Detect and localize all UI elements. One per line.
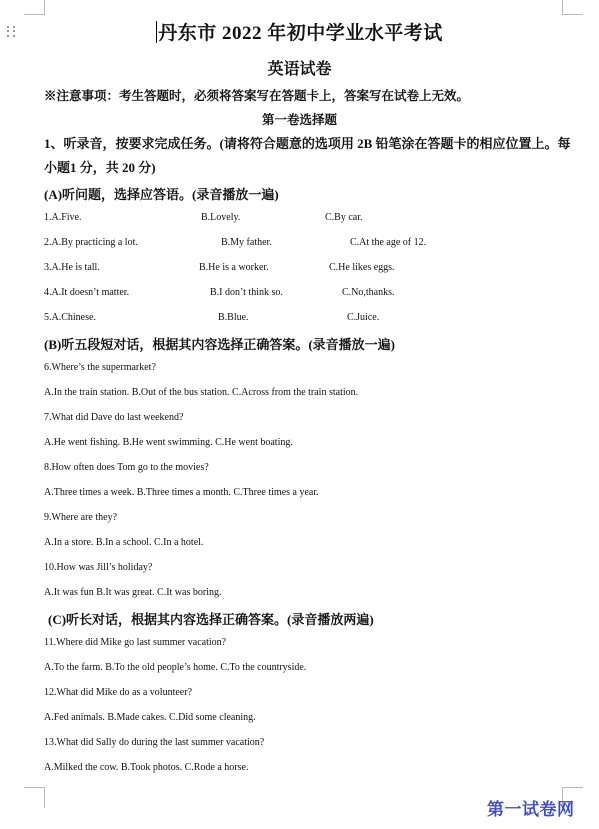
question-9: 9.Where are they? xyxy=(44,512,117,523)
question-7-options: A.He went fishing. B.He went swimming. C… xyxy=(44,437,293,448)
item-4-option-c: C.No,thanks. xyxy=(342,287,395,298)
question-6: 6.Where’s the supermarket? xyxy=(44,362,156,373)
item-1-option-a: 1.A.Five. xyxy=(44,212,82,223)
item-2-option-c: C.At the age of 12. xyxy=(350,237,426,248)
watermark-logo: 第一试卷网 xyxy=(487,795,575,820)
part-a-heading: (A)听问题，选择应答语。(录音播放一遍) xyxy=(44,184,279,203)
item-5-option-c: C.Juice. xyxy=(347,312,379,323)
item-5-option-a: 5.A.Chinese. xyxy=(44,312,96,323)
page-corner-mark-top-right xyxy=(562,0,583,15)
task-1-instructions: 1、听录音，按要求完成任务。(请将符合题意的选项用 2B 铅笔涂在答题卡的相应位… xyxy=(44,132,574,180)
question-13: 13.What did Sally do during the last sum… xyxy=(44,737,264,748)
question-10-options: A.It was fun B.It was great. C.It was bo… xyxy=(44,587,221,598)
item-2-option-a: 2.A.By practicing a lot. xyxy=(44,237,138,248)
question-12: 12.What did Mike do as a volunteer? xyxy=(44,687,192,698)
part-b-heading: (B)听五段短对话，根据其内容选择正确答案。(录音播放一遍) xyxy=(44,334,395,353)
question-8-options: A.Three times a week. B.Three times a mo… xyxy=(44,487,319,498)
document-title[interactable]: 丹东市 2022 年初中学业水平考试 xyxy=(0,18,599,45)
title-text: 丹东市 2022 年初中学业水平考试 xyxy=(158,23,443,44)
item-1-option-b: B.Lovely. xyxy=(201,212,240,223)
item-3-option-b: B.He is a worker. xyxy=(199,262,269,273)
item-5-option-b: B.Blue. xyxy=(218,312,249,323)
item-2-option-b: B.My father. xyxy=(221,237,272,248)
page-corner-mark-top-left xyxy=(24,0,45,15)
question-9-options: A.In a store. B.In a school. C.In a hote… xyxy=(44,537,203,548)
question-8: 8.How often does Tom go to the movies? xyxy=(44,462,209,473)
question-7: 7.What did Dave do last weekend? xyxy=(44,412,183,423)
question-10: 10.How was Jill’s holiday? xyxy=(44,562,152,573)
document-subtitle: 英语试卷 xyxy=(0,56,599,79)
item-3-option-c: C.He likes eggs. xyxy=(329,262,395,273)
item-4-option-a: 4.A.It doesn’t matter. xyxy=(44,287,129,298)
question-6-options: A.In the train station. B.Out of the bus… xyxy=(44,387,358,398)
question-12-options: A.Fed animals. B.Made cakes. C.Did some … xyxy=(44,712,256,723)
item-1-option-c: C.By car. xyxy=(325,212,363,223)
part-c-heading: (C)听长对话，根据其内容选择正确答案。(录音播放两遍) xyxy=(48,609,374,628)
question-13-options: A.Milked the cow. B.Took photos. C.Rode … xyxy=(44,762,248,773)
page-corner-mark-bottom-left xyxy=(24,787,45,808)
section-heading: 第一卷选择题 xyxy=(0,110,599,128)
exam-notice: ※注意事项：考生答题时，必须将答案写在答题卡上，答案写在试卷上无效。 xyxy=(44,86,469,104)
question-11-options: A.To the farm. B.To the old people’s hom… xyxy=(44,662,306,673)
item-3-option-a: 3.A.He is tall. xyxy=(44,262,100,273)
item-4-option-b: B.I don’t think so. xyxy=(210,287,283,298)
question-11: 11.Where did Mike go last summer vacatio… xyxy=(44,637,226,648)
